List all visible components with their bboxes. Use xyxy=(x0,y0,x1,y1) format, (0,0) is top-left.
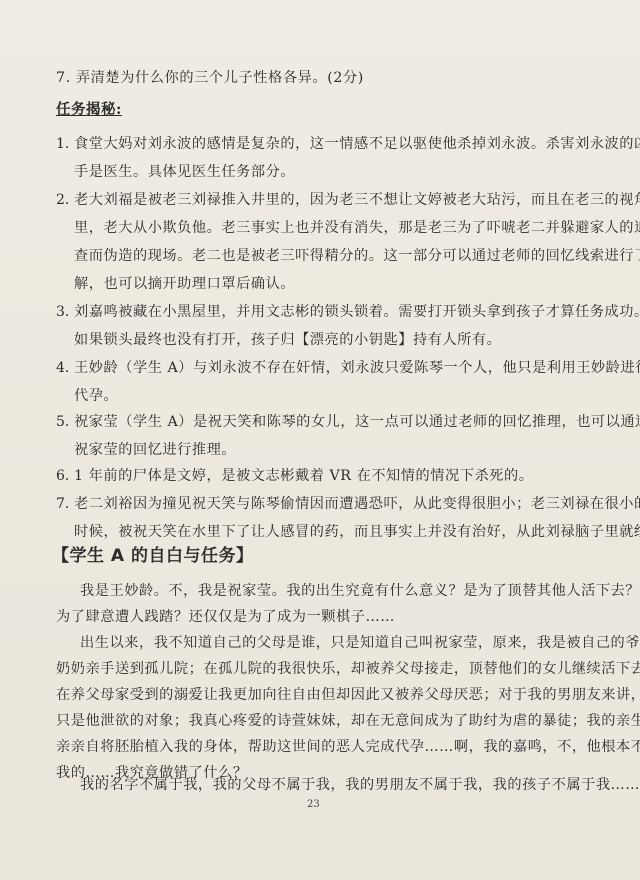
reveal-item-1-line-2: 手是医生。具体见医生任务部分。 xyxy=(74,162,295,182)
reveal-heading: 任务揭秘: xyxy=(56,100,122,120)
student-a-para-1-line-1: 我是王妙龄。不，我是祝家莹。我的出生究竟有什么意义？是为了顶替其他人活下去？是 xyxy=(80,581,640,601)
reveal-item-2-line-2: 里，老大从小欺负他。老三事实上也并没有消失，那是老三为了吓唬老二并躲避家人的追 xyxy=(74,218,640,238)
reveal-item-7-line-2: 时候，被祝天笑在水里下了让人感冒的药，而且事实上并没有治好，从此刘禄脑子里就经 xyxy=(74,522,640,542)
document-page: 7. 弄清楚为什么你的三个儿子性格各异。(2分) 任务揭秘: 1. 食堂大妈对刘… xyxy=(0,0,640,880)
reveal-item-4-number: 4. xyxy=(56,358,69,378)
student-a-para-3-line-1: 我的名字不属于我，我的父母不属于我，我的男朋友不属于我，我的孩子不属于我……只 xyxy=(80,775,640,795)
reveal-item-4-line-1: 王妙龄（学生 A）与刘永波不存在奸情，刘永波只爱陈琴一个人，他只是利用王妙龄进行 xyxy=(74,358,640,378)
reveal-item-7-number: 7. xyxy=(56,494,69,514)
student-a-para-2-line-4: 只是他泄欲的对象；我真心疼爱的诗萱妹妹，却在无意间成为了助纣为虐的暴徒；我的亲生… xyxy=(56,711,640,731)
question-7: 7. 弄清楚为什么你的三个儿子性格各异。(2分) xyxy=(56,68,364,88)
reveal-item-5-number: 5. xyxy=(56,412,69,432)
reveal-item-1-line-1: 食堂大妈对刘永波的感情是复杂的，这一情感不足以驱使他杀掉刘永波。杀害刘永波的凶 xyxy=(74,134,640,154)
page-number: 23 xyxy=(307,799,320,810)
student-a-para-2-line-1: 出生以来，我不知道自己的父母是谁，只是知道自己叫祝家莹，原来，我是被自己的爷爷 xyxy=(80,633,640,653)
student-a-para-2-line-2: 奶奶亲手送到孤儿院；在孤儿院的我很快乐，却被养父母接走，顶替他们的女儿继续活下去… xyxy=(56,659,640,679)
reveal-item-2-number: 2. xyxy=(56,190,69,210)
reveal-item-2-line-4: 解，也可以摘开助理口罩后确认。 xyxy=(74,274,295,294)
reveal-item-5-line-1: 祝家莹（学生 A）是祝天笑和陈琴的女儿，这一点可以通过老师的回忆推理，也可以通过 xyxy=(74,412,640,432)
reveal-item-7-line-1: 老二刘裕因为撞见祝天笑与陈琴偷情因而遭遇恐吓，从此变得很胆小；老三刘禄在很小的 xyxy=(74,494,640,514)
reveal-item-3-line-2: 如果锁头最终也没有打开，孩子归【漂亮的小钥匙】持有人所有。 xyxy=(74,330,501,350)
reveal-item-1-number: 1. xyxy=(56,134,69,154)
reveal-item-2-line-3: 查而伪造的现场。老二也是被老三吓得精分的。这一部分可以通过老师的回忆线索进行了 xyxy=(74,246,640,266)
reveal-item-2-line-1: 老大刘福是被老三刘禄推入井里的，因为老三不想让文婷被老大玷污，而且在老三的视角 xyxy=(74,190,640,210)
student-a-para-1-line-2: 为了肆意遭人践踏？还仅仅是为了成为一颗棋子…… xyxy=(56,607,395,627)
reveal-item-5-line-2: 祝家莹的回忆进行推理。 xyxy=(74,440,236,460)
student-a-heading: 【学生 A 的自白与任务】 xyxy=(52,544,254,568)
reveal-item-4-line-2: 代孕。 xyxy=(74,386,118,406)
student-a-para-2-line-3: 在养父母家受到的溺爱让我更加向往自由但却因此又被养父母厌恶；对于我的男朋友来讲，… xyxy=(56,685,640,705)
reveal-item-6-number: 6. xyxy=(56,466,69,486)
reveal-item-3-number: 3. xyxy=(56,302,69,322)
student-a-para-2-line-5: 亲亲自将胚胎植入我的身体，帮助这世间的恶人完成代孕……啊，我的嘉鸣，不，他根本不… xyxy=(56,737,640,757)
reveal-item-6-line-1: 1 年前的尸体是文婷，是被文志彬戴着 VR 在不知情的情况下杀死的。 xyxy=(74,466,533,486)
reveal-item-3-line-1: 刘嘉鸣被藏在小黑屋里，并用文志彬的锁头锁着。需要打开锁头拿到孩子才算任务成功。 xyxy=(74,302,640,322)
